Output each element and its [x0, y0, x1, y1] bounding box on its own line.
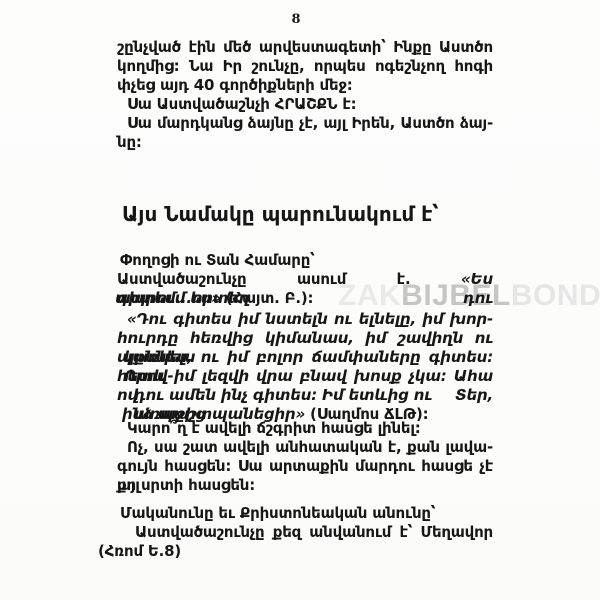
- paragraph-line: Կարո՞ղ է ավելի ճշգրիտ հասցե լինել:: [117, 419, 493, 438]
- address-line-italic: ապրում ես»: [115, 289, 221, 307]
- street-address-block: Փողոցի ու Տան Համարը՝ Աստվածաշունչը ասու…: [117, 251, 493, 308]
- opening-paragraph: շընչված էին մեծ արվեստագետի՝ Ինքը Աստծո …: [117, 38, 493, 152]
- paragraph-line: Սա մարդկանց ձայնը չէ, այլ Իրեն, Աստծո ձա…: [117, 114, 493, 133]
- address-question-block: Կարո՞ղ է ավելի ճշգրիտ հասցե լինել: Ոչ, ս…: [117, 419, 493, 495]
- scripture-reference: (Հայտ. Բ.):: [221, 289, 314, 307]
- quote-line: «Դու գիտես իմ նստելն ու ելնելը, իմ խոր-: [117, 310, 493, 329]
- paragraph-line: կողմից: Նա Իր շունչը, որպես ոգեշնչող հոգ…: [117, 57, 493, 76]
- paragraph-line: փչեց այդ 40 գործիքների մեջ:: [117, 76, 493, 95]
- paragraph-line: Սա Աստվածաշնչի ՀՐԱՇՔՆ է:: [117, 95, 493, 114]
- address-line: Աստվածաշունչը ասում է. «Ես գիտեմ...որտեղ…: [117, 270, 493, 289]
- watermark-part-bond: BOND: [511, 279, 600, 312]
- book-page: 8 ZAKBIJBELBOND շընչված էին մեծ արվեստագ…: [0, 0, 600, 600]
- scripture-reference: (Հռոմ Ե.8): [98, 542, 493, 561]
- paragraph-line: Աստվածաշունչը քեզ անվանում է՝ Մեղավոր: [117, 523, 493, 542]
- quote-line: հետև իմ լեզվի վրա բնավ խոսք չկա: Ահա ով …: [117, 367, 493, 386]
- name-block: Մականունը եւ Քրիստոնեական անունը՝ Աստված…: [117, 504, 493, 561]
- quote-line: կքննես, ու իմ բոլոր ճամփաները գիտես: Որո…: [117, 348, 493, 367]
- page-number: 8: [0, 12, 592, 27]
- address-subheading: Փողոցի ու Տան Համարը՝: [117, 251, 493, 270]
- paragraph-line: գույն հասցեն: Սա արտաքին մարդու հասցե չէ…: [117, 457, 493, 476]
- paragraph-line: Ոչ, սա շատ ավելի անհատական է, քան լավա-: [117, 438, 493, 457]
- paragraph-line: նը:: [117, 133, 493, 152]
- paragraph-line: քո սրտի հասցեն:: [117, 476, 493, 495]
- section-heading: Այս Նամակը պարունակում է՝: [117, 200, 498, 228]
- quote-line: հուրդը հեռվից կիմանաս, իմ շավիղն ու պառկ…: [117, 329, 493, 348]
- name-subheading: Մականունը եւ Քրիստոնեական անունը՝: [117, 504, 493, 523]
- address-line-regular: Աստվածաշունչը ասում է.: [117, 270, 461, 288]
- psalm-quote: «Դու գիտես իմ նստելն ու ելնելը, իմ խոր- …: [117, 310, 493, 424]
- paragraph-line: շընչված էին մեծ արվեստագետի՝ Ինքը Աստծո: [117, 38, 493, 57]
